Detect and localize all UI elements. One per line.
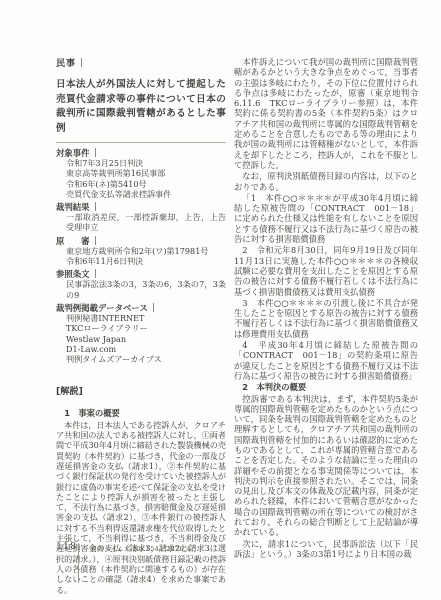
body-paragraph: なお，原判決別紙債務目録の内容は，以下のとおりである。 (234, 171, 418, 192)
page-footer: 118 判例タイムズ No.1541 2026.4 (56, 541, 191, 553)
meta-line: 東京地方裁判所令和2年(ワ)第17981号 (56, 246, 226, 256)
footer-divider-bar (78, 543, 79, 583)
section-1-heading: 1 事案の概要 (56, 408, 226, 418)
journal-page: 民事 日本法人が外国法人に対して提起した売買代金請求等の事件について日本の裁判所… (0, 0, 441, 600)
meta-line: TKCローライブラリー (56, 323, 226, 333)
meta-section-lower-court: 原 審 東京地方裁判所令和2年(ワ)第17981号 令和6年11月6日判決 (56, 236, 226, 267)
left-column: 民事 日本法人が外国法人に対して提起した売買代金請求等の事件について日本の裁判所… (56, 56, 226, 595)
meta-line: 民事訴訟法3条の3，3条の6，3条の7，3条の9 (56, 279, 226, 300)
commentary-heading: [解説] (56, 383, 226, 397)
body-paragraph: 控訴審である本判決は，まず，本件契約5条が専属的国際裁判管轄を定めたものかという… (234, 394, 418, 538)
meta-label: 裁判結果 (56, 202, 226, 212)
meta-line: 判例秘書INTERNET (56, 313, 226, 323)
meta-label-text: 参照条文 (56, 269, 90, 279)
case-title: 日本法人が外国法人に対して提起した売買代金請求等の事件について日本の裁判所に国際… (56, 78, 226, 136)
meta-line: D1-Law.com (56, 344, 226, 354)
meta-line: 令和7年3月25日判決 (56, 158, 226, 168)
meta-label: 裁判例掲載データベース (56, 303, 226, 313)
debt-list-item: 4 平成30年4月頃に締結した原被告間の「CONTRACT 001－18」の契約… (234, 340, 418, 381)
meta-label-text: 原 審 (56, 236, 90, 246)
meta-section-result: 裁判結果 一部取消差戻，一部控訴棄却，上告，上告受理申立 (56, 202, 226, 233)
label-divider-bar (95, 269, 96, 278)
body-paragraph: 本件は，日本法人である控訴人が，クロアチア共和国の法人である被控訴人に対し，①両… (56, 420, 226, 595)
right-column: 本件訴えについて我が国の裁判所に国際裁判管轄があるかという大きな争点をめぐって，… (234, 56, 418, 559)
label-divider-bar (95, 202, 96, 211)
section-2-heading: 2 本判決の概要 (234, 382, 418, 392)
meta-line: 売買代金支払等請求控訴事件 (56, 189, 226, 199)
footer-page-number: 118 (56, 541, 77, 552)
category-label-text: 民事 (56, 59, 76, 69)
label-divider-bar (95, 148, 96, 157)
label-divider-bar (95, 236, 96, 245)
debt-list-item: 2 令和元年8月30日，同年9月19日及び同年11月13日に実施した本件○○＊＊… (234, 245, 418, 296)
meta-section-referenced-articles: 参照条文 民事訴訟法3条の3，3条の6，3条の7，3条の9 (56, 269, 226, 300)
title-divider (56, 142, 226, 143)
meta-label: 原 審 (56, 236, 226, 246)
footer-journal-ref: 判例タイムズ No.1541 2026.4 (90, 541, 191, 553)
debt-list-item: 「1 本件○○＊＊＊＊が平成30年4月頃に締結した原被告間の「CONTRACT … (234, 193, 418, 244)
meta-line: 東京高等裁判所第16民事部 (56, 168, 226, 178)
meta-line: 令和6年(ネ)第5410号 (56, 179, 226, 189)
meta-line: 判例タイムズアーカイブス (56, 354, 226, 364)
meta-line: Westlaw Japan (56, 334, 226, 344)
category-label: 民事 (56, 56, 226, 69)
meta-label-text: 裁判例掲載データベース (56, 303, 148, 313)
meta-section-target-case: 対象事件 令和7年3月25日判決 東京高等裁判所第16民事部 令和6年(ネ)第5… (56, 148, 226, 199)
meta-label-text: 裁判結果 (56, 202, 90, 212)
label-divider-bar (81, 58, 82, 67)
debt-list-item: 3 本件○○＊＊＊＊の引渡し後に不具合が発生したことを原因とする原告の被告に対す… (234, 298, 418, 339)
meta-section-databases: 裁判例掲載データベース 判例秘書INTERNET TKCローライブラリー Wes… (56, 303, 226, 364)
meta-line: 令和6年11月6日判決 (56, 256, 226, 266)
body-paragraph: 次に，請求1について，民事訴訟法（以下「民訴法」という。）3条の3第1号により日… (234, 539, 418, 560)
meta-line: 一部取消差戻，一部控訴棄却，上告，上告受理申立 (56, 212, 226, 233)
body-paragraph: 本件訴えについて我が国の裁判所に国際裁判管轄があるかという大きな争点をめぐって，… (234, 57, 418, 170)
meta-label: 対象事件 (56, 148, 226, 158)
meta-label-text: 対象事件 (56, 148, 90, 158)
meta-label: 参照条文 (56, 269, 226, 279)
label-divider-bar (153, 303, 154, 312)
